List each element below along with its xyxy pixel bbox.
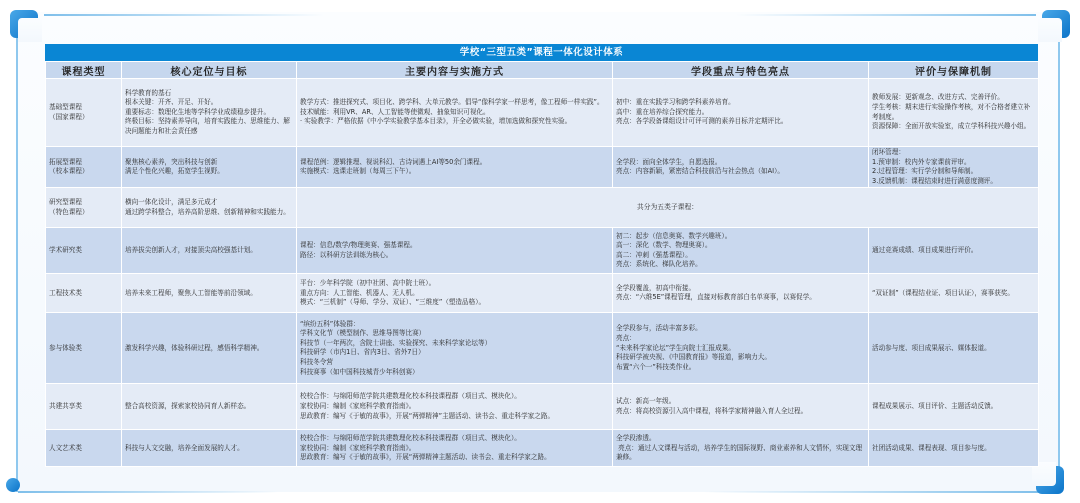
frame-bottom-line-left [18,491,278,493]
cell-stage-highlight-line: 亮点： [616,334,865,344]
header-content-method: 主要内容与实施方式 [297,62,613,79]
cell-evaluation-line: 学生考核：期末进行实验操作考核，对不合格者建立补考制度。 [872,103,1035,122]
cell-course-type-line: （特色课程） [49,208,118,218]
cell-evaluation: 活动参与度、项目成果展示、媒体报道。 [869,313,1039,384]
frame-corner-bottom-right-icon [1036,466,1064,494]
cell-stage-highlight: 初二：起步（信息奥赛、数学兴趣班）。高一：深化（数学、物理奥赛）。高二：冲刺（强… [613,228,869,274]
header-stage-highlight: 学段重点与特色亮点 [613,62,869,79]
table-row: 基础型课程（国家课程）科学教育的基石根本关键：开齐、开足、开好。重要标志：数理化… [46,79,1039,147]
cell-content-method: 课程范例：逻辑推理、视说科幻、古诗词遇上AI等50余门课程。实施模式：选课走班制… [297,147,613,188]
cell-core-goal-line: 培养拔尖创新人才，对接顶尖高校强基计划。 [125,246,293,256]
cell-content-method-line: 家校协同：编制《家庭科学教育指南》。 [300,444,609,454]
cell-stage-highlight: 全学段：面向全体学生，自愿选报。亮点：内容新颖，紧密结合科技前沿与社会热点（如A… [613,147,869,188]
cell-content-method: 教学方式：推进探究式、项目化、跨学科、大单元教学。倡导“像科学家一样思考，像工程… [297,79,613,147]
cell-content-method-line: “缤纷五科”体验群： [300,320,609,330]
cell-stage-highlight-line: 亮点：“六维5E”课程管理，直接对标教育部白名单赛事，以赛促学。 [616,293,865,303]
cell-content-method-line: 科技研学（市内1日、省内3日、省外7日） [300,348,609,358]
cell-course-type: 工程技术类 [46,274,122,313]
cell-content-method: 课程：信息/数学/物理奥赛、强基课程。路径：以科研方法训练为核心。 [297,228,613,274]
cell-content-method-line: 路径：以科研方法训练为核心。 [300,251,609,261]
cell-course-type-line: 拓展型课程 [49,158,118,168]
cell-stage-highlight-line: 科技研学被央视、《中国教育报》等报道，影响力大。 [616,353,865,363]
cell-content-method-line: 科技赛事（如中国科技城青少年科创赛） [300,368,609,378]
table-row: 拓展型课程（校本课程）聚焦核心素养，突出科技与创新满足个性化兴趣，拓宽学生视野。… [46,147,1039,188]
cell-core-goal-line: 聚焦核心素养，突出科技与创新 [125,158,293,168]
cell-core-goal-line: 通过跨学科整合，培养高阶思维、创新精神和实践能力。 [125,208,293,218]
cell-core-goal: 聚焦核心素养，突出科技与创新满足个性化兴趣，拓宽学生视野。 [122,147,297,188]
header-course-type: 课程类型 [46,62,122,79]
cell-core-goal-line: 根本关键：开齐、开足、开好。 [125,98,293,108]
cell-content-method-line: 科技节（一年两次，含院士讲座、实验探究、未来科学家论坛等） [300,339,609,349]
cell-course-type: 人文艺术类 [46,430,122,467]
cell-stage-highlight-line: 布置“六个一”科技类作业。 [616,363,865,373]
cell-core-goal-line: 整合高校资源，探索家校协同育人新样态。 [125,402,293,412]
cell-content-method-line: 家校协同：编制《家庭科学教育指南》。 [300,402,609,412]
cell-evaluation: 课程成果展示、项目评价、主题活动反馈。 [869,384,1039,430]
header-evaluation: 评价与保障机制 [869,62,1039,79]
merged-note-text: 共分为五类子课程： [637,203,698,211]
cell-evaluation: 闭环管理：1.预审制：校内外专家课前评审。2.过程管理：实行学分制和导师制。3.… [869,147,1039,188]
table-row: 工程技术类培养未来工程师，聚焦人工智能等前沿领域。平台：少年科学院（初中社团、高… [46,274,1039,313]
cell-course-type: 拓展型课程（校本课程） [46,147,122,188]
frame-corner-top-left-icon [10,10,38,38]
cell-content-method: 平台：少年科学院（初中社团、高中院士班）。重点方向：人工智能、机器人、无人机。模… [297,274,613,313]
cell-content-method-line: 重点方向：人工智能、机器人、无人机。 [300,289,609,299]
cell-stage-highlight-line: 全学段覆盖，初高中衔接。 [616,284,865,294]
cell-content-method: “缤纷五科”体验群：学科文化节（模型制作、思维导图等比赛）科技节（一年两次，含院… [297,313,613,384]
cell-stage-highlight-line: 亮点：系统化、梯队化培养。 [616,260,865,270]
cell-core-goal: 培养拔尖创新人才，对接顶尖高校强基计划。 [122,228,297,274]
cell-course-type-line: 研究型课程 [49,198,118,208]
cell-content-method: 校校合作：与绵阳师范学院共建数理化校本科技课程群（项目式、模块化）。家校协同：编… [297,430,613,467]
cell-course-type-line: 基础型课程 [49,103,118,113]
frame-corner-top-right-icon [1042,10,1070,38]
cell-course-type-line: （校本课程） [49,167,118,177]
cell-content-method-line: 校校合作：与绵阳师范学院共建数理化校本科技课程群（项目式、模块化）。 [300,392,609,402]
cell-evaluation-line: 通过竞赛成绩、项目成果进行评价。 [872,246,1035,256]
cell-stage-highlight-line: 高中：重在培养综合探究能力。 [616,108,865,118]
cell-evaluation-line: 闭环管理： [872,148,1035,158]
header-core-goal: 核心定位与目标 [122,62,297,79]
curriculum-table: 课程类型 核心定位与目标 主要内容与实施方式 学段重点与特色亮点 评价与保障机制… [45,61,1039,467]
cell-content-method-line: 平台：少年科学院（初中社团、高中院士班）。 [300,279,609,289]
table-row: 参与体验类激发科学兴趣，体验科研过程，感悟科学精神。“缤纷五科”体验群：学科文化… [46,313,1039,384]
cell-core-goal: 科学教育的基石根本关键：开齐、开足、开好。重要标志：数理化生地等学科学业成绩稳步… [122,79,297,147]
cell-evaluation-line: 活动参与度、项目成果展示、媒体报道。 [872,344,1035,354]
cell-stage-highlight-line: 试点：新高一年级。 [616,397,865,407]
cell-core-goal-line: 科技与人文交融，培养全面发展的人才。 [125,444,293,454]
cell-stage-highlight-line: 全学段：面向全体学生，自愿选报。 [616,158,865,168]
cell-content-method-line: 模式：“三机制”（导师、学分、双证）、“三维度”（塑造品格）。 [300,298,609,308]
cell-evaluation-line: 课程成果展示、项目评价、主题活动反馈。 [872,402,1035,412]
cell-evaluation-line: 1.预审制：校内外专家课前评审。 [872,158,1035,168]
cell-course-type: 学术研究类 [46,228,122,274]
cell-stage-highlight-line: 高一：深化（数学、物理奥赛）。 [616,241,865,251]
cell-course-type-line: 工程技术类 [49,289,118,299]
frame-top-line-left [44,14,324,16]
cell-stage-highlight: 初中：重在实践学习和跨学科素养培育。高中：重在培养综合探究能力。亮点：各学段备课… [613,79,869,147]
cell-course-type-line: 参与体验类 [49,344,118,354]
cell-stage-highlight-line: 全学段渗透。 [616,434,865,444]
cell-core-goal-line: 满足个性化兴趣，拓宽学生视野。 [125,167,293,177]
cell-content-method-line: 课程范例：逻辑推理、视说科幻、古诗词遇上AI等50余门课程。 [300,158,609,168]
cell-content-method-line: 教学方式：推进探究式、项目化、跨学科、大单元教学。倡导“像科学家一样思考，像工程… [300,98,609,108]
cell-course-type-line: （国家课程） [49,113,118,123]
cell-core-goal: 培养未来工程师，聚焦人工智能等前沿领域。 [122,274,297,313]
table-row: 人文艺术类科技与人文交融，培养全面发展的人才。校校合作：与绵阳师范学院共建数理化… [46,430,1039,467]
cell-stage-highlight-line: 亮点：各学段备课组设计可评可测的素养目标并定期评比。 [616,117,865,127]
cell-evaluation-line: 3.反馈机制：课程结束时进行满意度测评。 [872,177,1035,187]
cell-evaluation: “双证制”（课程结业证、项目认证），赛事获奖。 [869,274,1039,313]
cell-core-goal-line: 激发科学兴趣，体验科研过程，感悟科学精神。 [125,344,293,354]
cell-stage-highlight-line: 初中：重在实践学习和跨学科素养培育。 [616,98,865,108]
cell-content-method-line: 学科文化节（模型制作、思维导图等比赛） [300,329,609,339]
cell-core-goal: 激发科学兴趣，体验科研过程，感悟科学精神。 [122,313,297,384]
cell-course-type-line: 共建共享类 [49,402,118,412]
cell-stage-highlight-line: 全学段参与，活动丰富多彩。 [616,324,865,334]
cell-stage-highlight: 全学段覆盖，初高中衔接。亮点：“六维5E”课程管理，直接对标教育部白名单赛事，以… [613,274,869,313]
cell-stage-highlight-line: 初二：起步（信息奥赛、数学兴趣班）。 [616,232,865,242]
cell-content-method-line: 技术赋能：利用VR、AR、人工智能等使微观、抽象知识可视化。 [300,108,609,118]
cell-core-goal-line: 终极目标：坚持素养导向，培育实践能力、思维能力、解决问题能力和社会责任感 [125,117,293,136]
cell-stage-highlight-line: “未来科学家论坛”学生向院士汇报成果。 [616,344,865,354]
cell-content-method-line: 课程：信息/数学/物理奥赛、强基课程。 [300,241,609,251]
cell-stage-highlight: 全学段渗透。 亮点：通过人文课程与活动，培养学生的国际视野、商业素养和人文情怀，… [613,430,869,467]
cell-course-type: 共建共享类 [46,384,122,430]
table-row: 共建共享类整合高校资源，探索家校协同育人新样态。校校合作：与绵阳师范学院共建数理… [46,384,1039,430]
frame-top-line-right [736,14,1036,16]
cell-course-type-line: 学术研究类 [49,246,118,256]
cell-content-method-line: 校校合作：与绵阳师范学院共建数理化校本科技课程群（项目式、模块化）。 [300,434,609,444]
cell-evaluation-line: “双证制”（课程结业证、项目认证），赛事获奖。 [872,289,1035,299]
cell-stage-highlight-line: 亮点：通过人文课程与活动，培养学生的国际视野、商业素养和人文情怀，实现文理兼修。 [616,444,865,463]
cell-content-method: 校校合作：与绵阳师范学院共建数理化校本科技课程群（项目式、模块化）。家校协同：编… [297,384,613,430]
cell-core-goal: 整合高校资源，探索家校协同育人新样态。 [122,384,297,430]
cell-core-goal-line: 重要标志：数理化生地等学科学业成绩稳步提升。 [125,108,293,118]
frame-bottom-line-right [704,491,1044,493]
cell-core-goal-line: 培养未来工程师，聚焦人工智能等前沿领域。 [125,289,293,299]
cell-stage-highlight: 全学段参与，活动丰富多彩。亮点：“未来科学家论坛”学生向院士汇报成果。科技研学被… [613,313,869,384]
cell-stage-highlight-line: 亮点：将高校资源引入高中课程，将科学家精神融入育人全过程。 [616,407,865,417]
table-row: 研究型课程（特色课程）横向一体化设计，满足多元成才通过跨学科整合，培养高阶思维、… [46,188,1039,228]
cell-content-method-line: 实施模式：选课走班制（每周三下午）。 [300,167,609,177]
cell-course-type: 基础型课程（国家课程） [46,79,122,147]
cell-core-goal-line: 科学教育的基石 [125,89,293,99]
cell-course-type: 研究型课程（特色课程） [46,188,122,228]
cell-evaluation: 社团活动成果、课程表现、项目参与度。 [869,430,1039,467]
cell-merged-note: 共分为五类子课程： [297,188,1039,228]
cell-core-goal: 横向一体化设计，满足多元成才通过跨学科整合，培养高阶思维、创新精神和实践能力。 [122,188,297,228]
frame-corner-bottom-left-icon [6,478,20,492]
cell-evaluation-line: 2.过程管理：实行学分制和导师制。 [872,167,1035,177]
header-row: 课程类型 核心定位与目标 主要内容与实施方式 学段重点与特色亮点 评价与保障机制 [46,62,1039,79]
cell-evaluation-line: 社团活动成果、课程表现、项目参与度。 [872,444,1035,454]
cell-course-type: 参与体验类 [46,313,122,384]
cell-evaluation-line: 教师发展：更新观念、改进方式、完善评价。 [872,93,1035,103]
cell-stage-highlight-line: 亮点：内容新颖，紧密结合科技前沿与社会热点（如AI）。 [616,167,865,177]
cell-content-method-line: · 实验教学：严格依据《中小学实验教学基本目录》，开全必做实验，增加选做和探究性… [300,117,609,127]
cell-evaluation: 教师发展：更新观念、改进方式、完善评价。学生考核：期末进行实验操作考核，对不合格… [869,79,1039,147]
cell-stage-highlight: 试点：新高一年级。亮点：将高校资源引入高中课程，将科学家精神融入育人全过程。 [613,384,869,430]
table-title: 学校“三型五类”课程一体化设计体系 [45,44,1038,61]
cell-evaluation: 通过竞赛成绩、项目成果进行评价。 [869,228,1039,274]
cell-course-type-line: 人文艺术类 [49,444,118,454]
cell-core-goal: 科技与人文交融，培养全面发展的人才。 [122,430,297,467]
cell-evaluation-line: 资源保障：全面开放实验室，成立学科科技兴趣小组。 [872,122,1035,132]
cell-content-method-line: 思政教育：编写《于敏的故事》，开展“两弹精神主题活动、读书会、重走科学家之路。 [300,453,609,463]
cell-core-goal-line: 横向一体化设计，满足多元成才 [125,198,293,208]
cell-content-method-line: 科技冬令营 [300,358,609,368]
cell-content-method-line: 思政教育：编写《于敏的故事》，开展“两弹精神”主题活动、读书会、重走科学家之路。 [300,412,609,422]
table-row: 学术研究类培养拔尖创新人才，对接顶尖高校强基计划。课程：信息/数学/物理奥赛、强… [46,228,1039,274]
curriculum-table-container: 学校“三型五类”课程一体化设计体系 课程类型 核心定位与目标 主要内容与实施方式… [45,44,1038,467]
